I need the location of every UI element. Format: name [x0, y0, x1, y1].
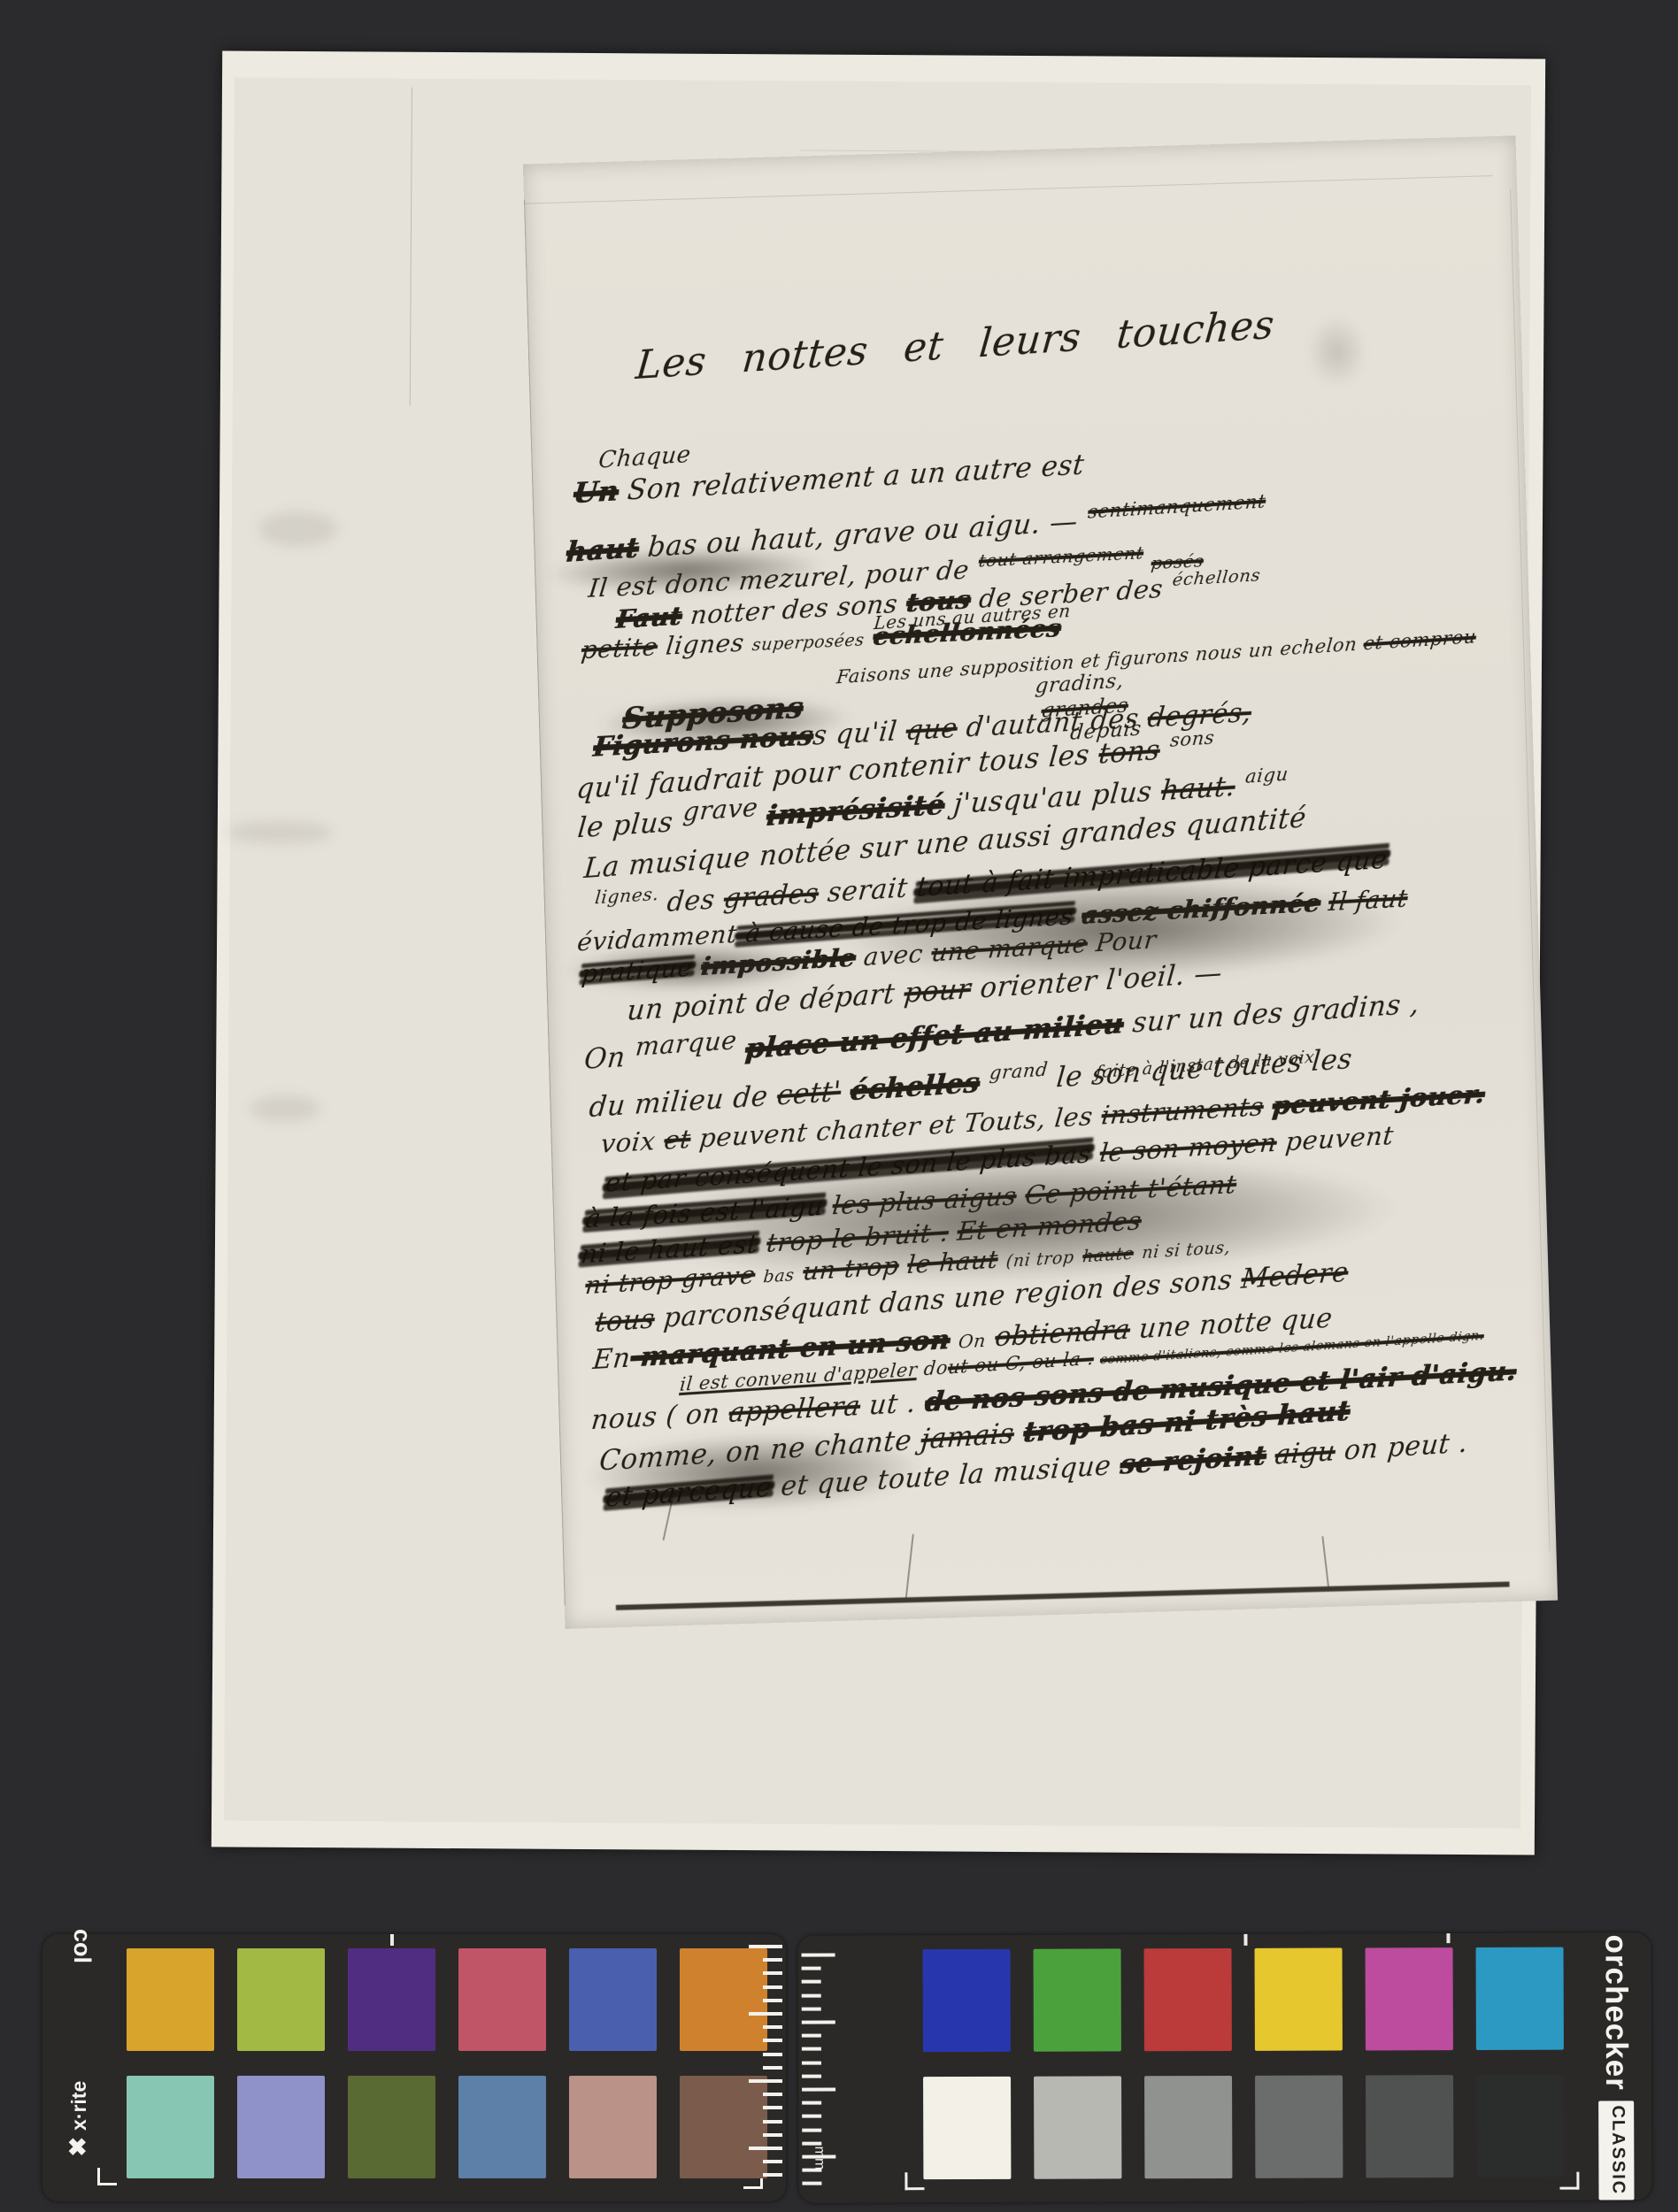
handwritten-text: voix — [599, 1125, 666, 1158]
colorchecker-right-panel: mm orchecker CLASSIC — [797, 1932, 1651, 2202]
color-patch-neutral-3-5 — [1366, 2075, 1453, 2177]
struck-text: cett' — [776, 1076, 843, 1112]
vertical-crease — [410, 88, 412, 406]
corner-bracket-icon — [904, 2172, 924, 2190]
handwritten-text: ( on — [656, 1398, 731, 1433]
handwritten-text: nous — [589, 1402, 658, 1436]
handwritten-line: gradins, — [1035, 670, 1126, 699]
struck-text: instruments — [1100, 1091, 1266, 1131]
color-patch-magenta — [1366, 1947, 1453, 2050]
ruler-tick — [802, 2141, 821, 2145]
color-patch-foliage — [348, 2076, 435, 2178]
registration-tick — [1446, 1933, 1450, 1943]
handwritten-text: ut . — [858, 1387, 927, 1422]
color-patch-blue-sky — [458, 2076, 546, 2178]
handwritten-text: bas — [763, 1265, 796, 1286]
ruler-tick — [749, 2012, 782, 2016]
color-patch-orange — [680, 1948, 767, 2051]
struck-text: tout arrangement — [978, 542, 1145, 571]
registration-tick — [1243, 1934, 1247, 1946]
photo-print: 2 Les nottes et leurs touchesC — [212, 50, 1545, 1855]
ruler-tick — [802, 2101, 821, 2105]
colorchecker-wordmark-right: orchecker — [1597, 1934, 1634, 2090]
handwritten-text: Les nottes et leurs touches — [634, 303, 1276, 388]
handwritten-text: sur un des gradins , — [1122, 987, 1421, 1040]
handwritten-text: Touts, les — [963, 1100, 1104, 1138]
ghost-mark — [258, 511, 338, 548]
color-patch-yellow-green — [237, 1948, 325, 2051]
color-patch-bluish-green — [127, 2076, 214, 2178]
handwritten-text: des — [657, 884, 726, 919]
ruler-tick — [749, 2147, 782, 2150]
color-patch-neutral-6-5 — [1144, 2076, 1232, 2178]
ruler-tick — [763, 2093, 782, 2096]
ghost-mark — [227, 820, 333, 844]
handwritten-text: gradins, — [1035, 670, 1126, 699]
handwritten-text: On — [583, 1041, 636, 1076]
handwritten-text: peuvent chanter et — [689, 1108, 966, 1154]
handwritten-text: sons — [1169, 726, 1215, 751]
handwritten-text: La musique — [582, 841, 760, 885]
paper-stain — [1305, 313, 1368, 389]
color-patch-purplish-blue — [569, 1948, 657, 2051]
color-patch-neutral-8 — [1034, 2076, 1121, 2178]
page-left-edge — [524, 200, 566, 1606]
struck-text: jamais — [920, 1417, 1015, 1455]
color-patch-white — [923, 2077, 1011, 2179]
handwritten-text: marque — [635, 1025, 739, 1062]
struck-text: appellera — [727, 1391, 862, 1429]
handwritten-text: serait — [817, 872, 918, 909]
handwritten-text: do — [916, 1357, 949, 1380]
ruler-tick — [763, 2053, 782, 2056]
struck-text: Medere — [1240, 1256, 1350, 1294]
ruler-tick — [802, 2088, 835, 2092]
color-patch-moderate-red — [458, 1948, 546, 2051]
photo-image-area: 2 Les nottes et leurs touchesC — [224, 78, 1531, 1829]
ruler-tick — [802, 1993, 821, 1997]
page-top-edge — [524, 175, 1493, 204]
ruler-tick — [763, 1958, 782, 1962]
ruler-tick — [802, 2074, 821, 2078]
struck-text: aigu — [1274, 1436, 1337, 1471]
paper-crack — [905, 1534, 914, 1600]
color-patch-red — [1144, 1948, 1232, 2051]
color-patch-orange-yellow — [127, 1948, 214, 2051]
color-patch-neutral-5 — [1255, 2076, 1343, 2178]
handwritten-text: aigu — [1244, 763, 1289, 787]
ruler-tick — [763, 1999, 782, 2002]
handwritten-text: on peut . — [1334, 1427, 1469, 1467]
colorchecker-left-panel: col x·rite ✖ — [42, 1934, 786, 2201]
struck-text: petite — [580, 632, 659, 664]
handwritten-text: On — [958, 1330, 987, 1353]
paper-crack — [1321, 1536, 1329, 1587]
struck-text: échelles — [849, 1067, 981, 1108]
color-patch-black — [1476, 2075, 1564, 2177]
color-patch-light-skin — [569, 2076, 657, 2178]
struck-text: se rejoint — [1119, 1440, 1267, 1481]
handwritten-text: Chaque — [597, 441, 692, 473]
struck-text: Il faut — [1328, 883, 1410, 917]
ruler-tick — [749, 1945, 782, 1948]
struck-text: sentimanquement — [1087, 489, 1266, 522]
color-patch-purple — [348, 1948, 435, 2051]
ruler-ticks-right — [797, 1932, 1651, 1935]
manuscript-page: Les nottes et leurs touchesChaqueUn Son … — [523, 135, 1558, 1629]
page-right-edge — [1510, 188, 1550, 1550]
handwritten-line: Les nottes et leurs touches — [634, 303, 1276, 388]
handwritten-line: Chaque — [597, 441, 692, 473]
ruler-tick — [763, 2025, 782, 2029]
page-bottom-edge — [616, 1582, 1510, 1610]
handwritten-text: le plus — [576, 805, 684, 844]
ghost-mark — [250, 1095, 320, 1122]
handwritten-text: (ni trop — [1005, 1248, 1075, 1271]
classic-label-plate: CLASSIC — [1598, 2101, 1634, 2200]
photograph-scene: 2 Les nottes et leurs touchesC — [0, 0, 1678, 2212]
xrite-wordmark: x·rite — [67, 2081, 91, 2131]
ruler-tick — [763, 2066, 782, 2070]
color-patch-green — [1034, 1948, 1121, 2051]
struck-text: Faut — [614, 600, 683, 634]
color-patch-blue-flower — [237, 2076, 325, 2178]
struck-text: tous — [594, 1303, 656, 1339]
ruler-tick — [802, 2182, 821, 2185]
handwritten-text-layer: Les nottes et leurs touchesChaqueUn Son … — [523, 135, 1516, 164]
struck-text: imprésisité — [765, 788, 945, 832]
ruler-tick — [763, 2173, 782, 2177]
ruler-tick — [763, 1985, 782, 1989]
handwritten-text: grand — [989, 1058, 1049, 1084]
ruler-tick — [802, 1980, 821, 1984]
registration-tick — [390, 1934, 394, 1946]
handwritten-text: lignes — [656, 627, 754, 661]
patch-grid — [797, 1932, 1651, 1935]
ruler-tick — [763, 2133, 782, 2137]
classic-label: CLASSIC — [1607, 2105, 1628, 2195]
ruler-tick — [802, 2021, 835, 2024]
struck-text: haute — [1081, 1243, 1135, 1266]
struck-text: Un — [572, 475, 620, 510]
struck-text: haut. — [1159, 771, 1236, 808]
color-patch-blue — [923, 1949, 1011, 2052]
ruler-tick — [802, 2128, 821, 2131]
ruler-tick — [802, 2007, 821, 2010]
ruler-tick — [763, 2039, 782, 2042]
handwritten-text: du milieu de — [588, 1079, 779, 1124]
struck-text: grades — [722, 878, 820, 915]
color-patch-cyan — [1476, 1947, 1564, 2050]
handwritten-text: grave — [681, 793, 759, 827]
struck-text: place un effet au milieu — [743, 1008, 1125, 1065]
color-patch-yellow — [1255, 1948, 1343, 2051]
handwritten-text: ni si tous, — [1141, 1237, 1231, 1263]
struck-text: tons — [1097, 734, 1162, 771]
handwritten-text: échellons — [1172, 565, 1262, 590]
ruler-tick — [802, 1967, 821, 1970]
corner-bracket-icon — [97, 2168, 117, 2185]
struck-text: et comprou — [1363, 626, 1478, 654]
struck-text: peuvent jouer. — [1271, 1079, 1486, 1121]
struck-text: le haut — [906, 1244, 1000, 1279]
ruler-tick — [763, 2120, 782, 2124]
handwritten-text: avec — [854, 938, 933, 972]
color-patch-dark-skin — [680, 2076, 767, 2178]
handwritten-text: Pour — [1095, 925, 1158, 957]
ruler-tick — [802, 2169, 821, 2172]
ruler-tick — [802, 2034, 821, 2038]
ruler-tick — [802, 1954, 835, 1957]
ruler-tick — [802, 2115, 821, 2118]
handwritten-text: lignes. — [594, 883, 660, 909]
ruler-tick — [763, 1971, 782, 1975]
struck-text: que — [904, 712, 959, 746]
ruler-tick — [802, 2047, 821, 2051]
ruler-tick — [802, 2061, 821, 2064]
handwritten-text: un echelon — [1242, 634, 1365, 663]
ruler-tick — [763, 2106, 782, 2109]
handwritten-text: superposées — [751, 630, 866, 655]
ruler-tick — [802, 2155, 835, 2159]
handwritten-text: s qu'il — [812, 716, 908, 752]
xrite-logo-icon: ✖ — [67, 2134, 88, 2162]
struck-text: pour — [903, 973, 973, 1010]
struck-text: haut — [565, 532, 640, 568]
colorchecker-strip: col x·rite ✖ mm orchecker CLASSIC — [0, 1932, 1678, 2212]
handwritten-text: En — [591, 1342, 632, 1376]
ruler-tick — [749, 2079, 782, 2083]
ruler-tick — [763, 2160, 782, 2163]
colorchecker-wordmark-left: col — [68, 1929, 96, 1963]
struck-text: et — [663, 1124, 692, 1156]
